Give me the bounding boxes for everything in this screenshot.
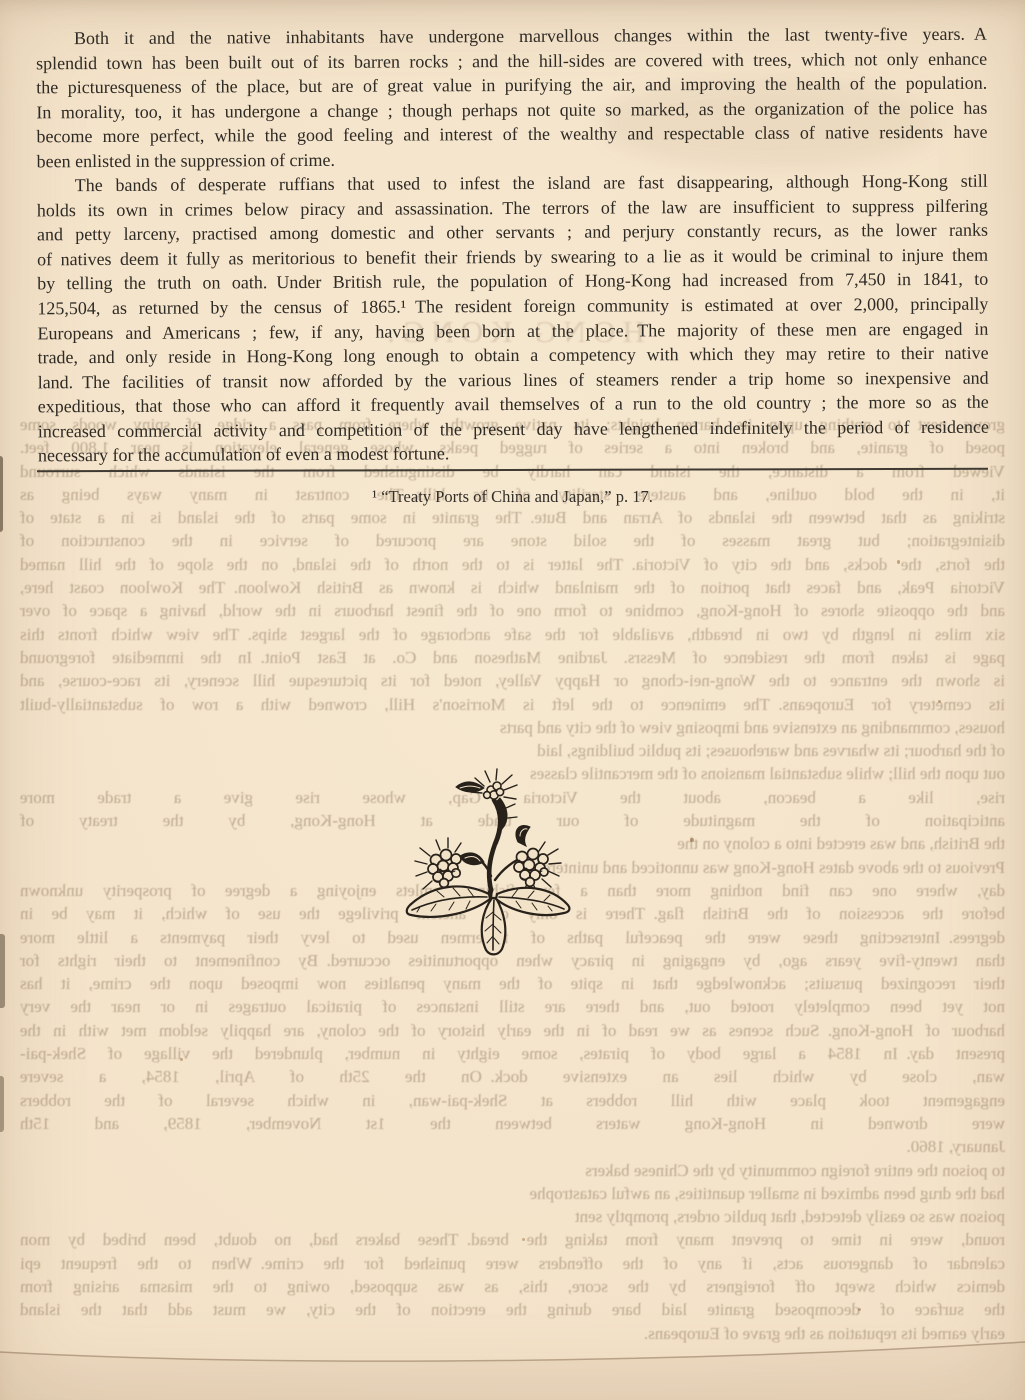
leaf-left [407,886,490,916]
foxing-speck [84,332,86,335]
bleedthrough-line: disintegration; but great masses of the … [20,529,1005,552]
bleedthrough-line: is shown the entrance to the Wong-nei-ch… [20,669,1005,692]
foxing-speck [609,252,612,255]
paragraph: The bands of desperate ruffians that use… [37,169,989,468]
bleedthrough-line: their recognized pursuits; acknowledge t… [20,972,1005,995]
text-line: increased commercial activity and compet… [38,414,989,443]
page-text: Both it and the native inhabitants have … [36,22,989,468]
page-edge-mark [0,456,3,532]
foxing-speck [858,1308,861,1311]
paragraph: Both it and the native inhabitants have … [36,22,988,174]
page-edge-mark [0,1076,4,1132]
bleedthrough-line: not yet been completely rooted out, and … [20,995,1005,1018]
bleedthrough-line: striking as that between the islands of … [20,506,1005,529]
engraving-strokes [407,769,570,954]
bleedthrough-line: demics which swept off foreigners by the… [20,1275,1005,1298]
bleedthrough-line: the forts, the docks, and the city of Vi… [20,553,1005,576]
bleedthrough-line: engagement took place with hill robbers … [20,1089,1005,1112]
foxing-speck [690,838,694,842]
text-line: become more perfect, while the good feel… [36,120,987,149]
text-line: necessary for the accumulation of even a… [38,439,989,468]
bleedthrough-line: had the drug been admixed in smaller qua… [20,1182,1005,1205]
bleedthrough-line: houses, commanding an extensive and impo… [20,716,1005,739]
foxing-speck [897,560,900,564]
bleedthrough-line: poison was so easily detected, that publ… [20,1205,1005,1228]
footnote-rule [37,468,988,472]
bleedthrough-line: page is taken from the residence of Mess… [20,646,1005,669]
foxing-speck [522,1238,525,1241]
bleedthrough-line: harbour of Hong-Kong. Such scenes as we … [20,1019,1005,1042]
bleedthrough-line: present day. In 1854 a large body of pir… [20,1042,1005,1065]
bleedthrough-line: calendar of dangerous acts, if any of th… [20,1252,1005,1275]
bleedthrough-line: round, were in time to prevent many from… [20,1228,1005,1251]
bleedthrough-line: and the opposite shores of Hong-Kong, co… [20,599,1005,622]
page-edge-mark [0,934,5,1008]
foxing-speck [938,700,941,703]
berry-top [456,769,517,829]
bleedthrough-line: to poison the entire foreign community b… [20,1159,1005,1182]
bleedthrough-line: were drowned in Hong-Kong waters between… [20,1112,1005,1135]
bleedthrough-line: of the harbour; its wharves and warehous… [20,739,1005,762]
bleedthrough-line: early earned its reputation as the grave… [20,1322,1005,1345]
bleedthrough-line: Victoria Peak, and faces that portion of… [20,576,1005,599]
leaf-right [496,888,569,915]
bleedthrough-line: its cemetery for Europeans. The eminence… [20,693,1005,716]
bleedthrough-line: six miles in length by two in breadth, a… [20,623,1005,646]
bleedthrough-line: wan, close by which lies an extensive do… [20,1065,1005,1088]
leaf-center [482,898,506,954]
foxing-speck [180,1058,183,1061]
berry-right [495,825,561,896]
book-page: HONG KONG. grows next to nothing upon it… [0,0,1025,1400]
footnote: ¹ “Treaty Ports of China and Japan,” p. … [37,487,988,507]
berry-sprig-engraving [396,768,584,962]
bleedthrough-line: January, 1860. [20,1135,1005,1158]
